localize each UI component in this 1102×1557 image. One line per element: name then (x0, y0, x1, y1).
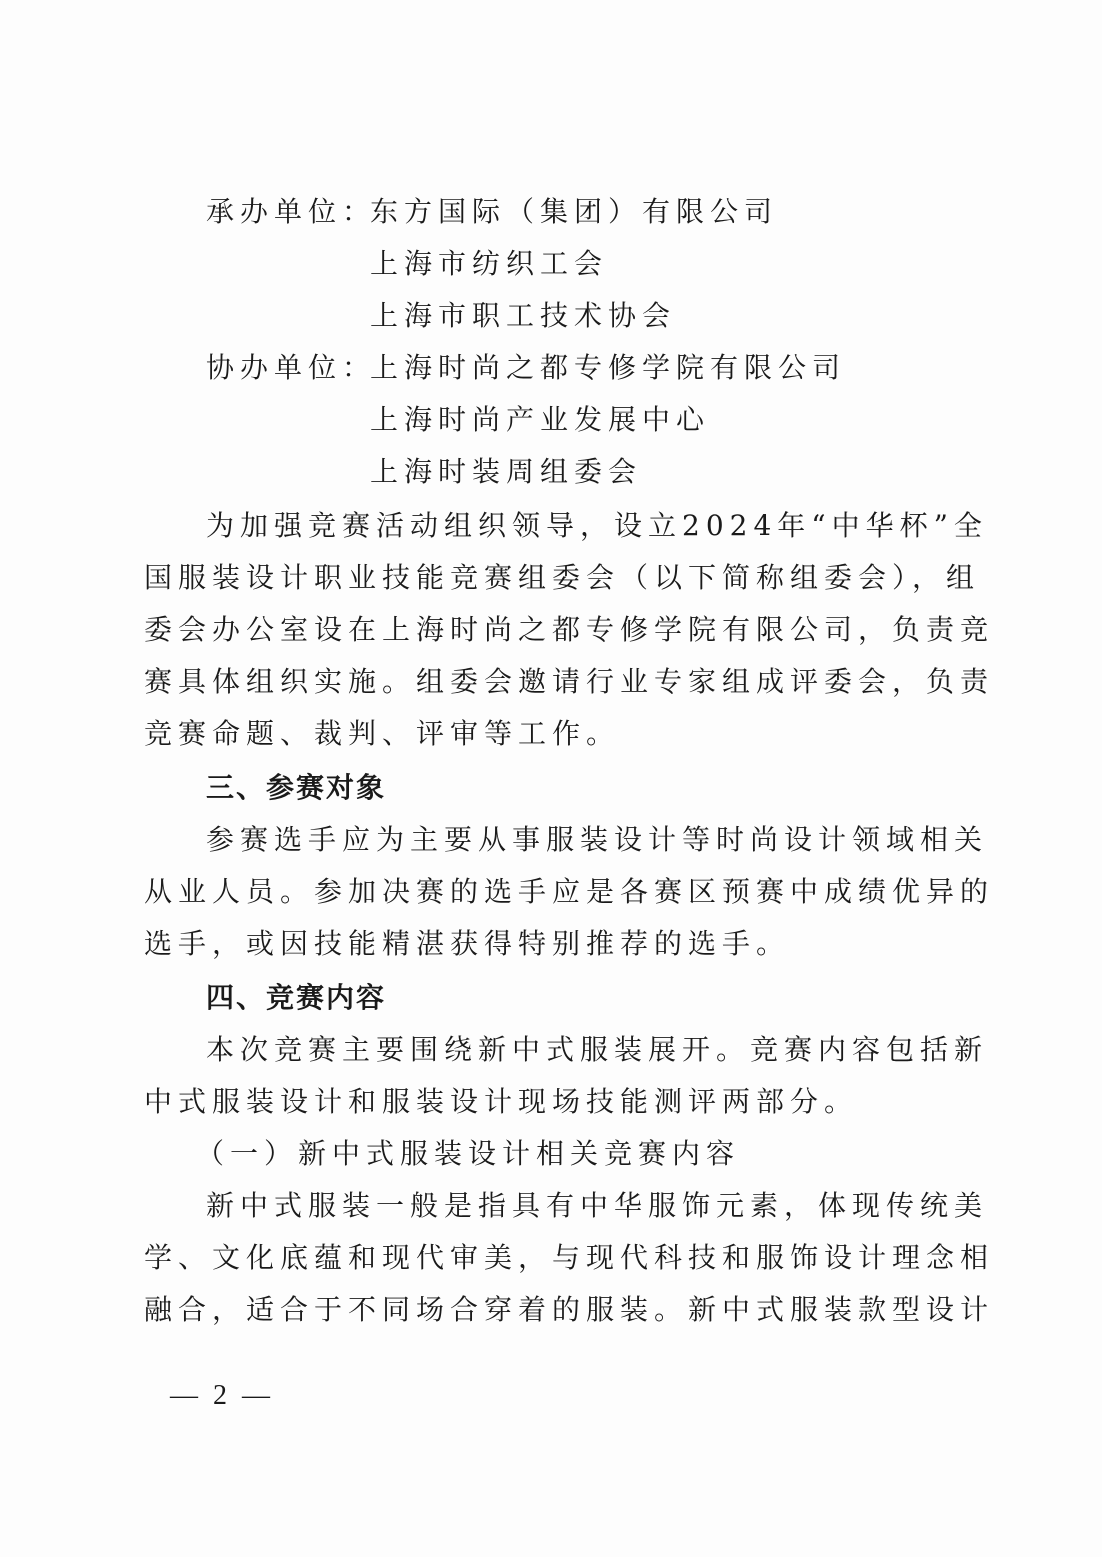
page-number: — 2 — (170, 1378, 274, 1414)
paragraph-line: 本次竞赛主要围绕新中式服装展开。竞赛内容包括新 (206, 1032, 988, 1068)
host-unit: 东方国际（集团）有限公司 (370, 194, 778, 230)
paragraph-line: 新中式服装一般是指具有中华服饰元素，体现传统美 (206, 1188, 988, 1224)
paragraph-line: 融合，适合于不同场合穿着的服装。新中式服装款型设计 (144, 1292, 994, 1328)
co-unit: 上海时尚之都专修学院有限公司 (370, 350, 846, 386)
paragraph-line: 委会办公室设在上海时尚之都专修学院有限公司，负责竞 (144, 612, 994, 648)
co-label: 协办单位： (206, 350, 376, 386)
paragraph-line: 选手，或因技能精湛获得特别推荐的选手。 (144, 926, 790, 962)
paragraph-line: 学、文化底蕴和现代审美，与现代科技和服饰设计理念相 (144, 1240, 994, 1276)
paragraph-line: 从业人员。参加决赛的选手应是各赛区预赛中成绩优异的 (144, 874, 994, 910)
host-unit: 上海市职工技术协会 (370, 298, 676, 334)
section-heading: 四、竞赛内容 (206, 980, 386, 1016)
paragraph-line: 中式服装设计和服装设计现场技能测评两部分。 (144, 1084, 858, 1120)
host-unit: 上海市纺织工会 (370, 246, 608, 282)
co-unit: 上海时尚产业发展中心 (370, 402, 710, 438)
document-page: 承办单位： 东方国际（集团）有限公司 上海市纺织工会 上海市职工技术协会 协办单… (0, 0, 1102, 1557)
paragraph-line: 竞赛命题、裁判、评审等工作。 (144, 716, 620, 752)
section-heading: 三、参赛对象 (206, 770, 386, 806)
co-unit: 上海时装周组委会 (370, 454, 642, 490)
paragraph-line: 参赛选手应为主要从事服装设计等时尚设计领域相关 (206, 822, 988, 858)
paragraph-line: 为加强竞赛活动组织领导，设立2024年“中华杯”全 (206, 508, 988, 544)
host-label: 承办单位： (206, 194, 376, 230)
paragraph-line: 赛具体组织实施。组委会邀请行业专家组成评委会，负责 (144, 664, 994, 700)
paragraph-line: 国服装设计职业技能竞赛组委会（以下简称组委会），组 (144, 560, 980, 596)
subsection-heading: （一）新中式服装设计相关竞赛内容 (196, 1136, 740, 1172)
